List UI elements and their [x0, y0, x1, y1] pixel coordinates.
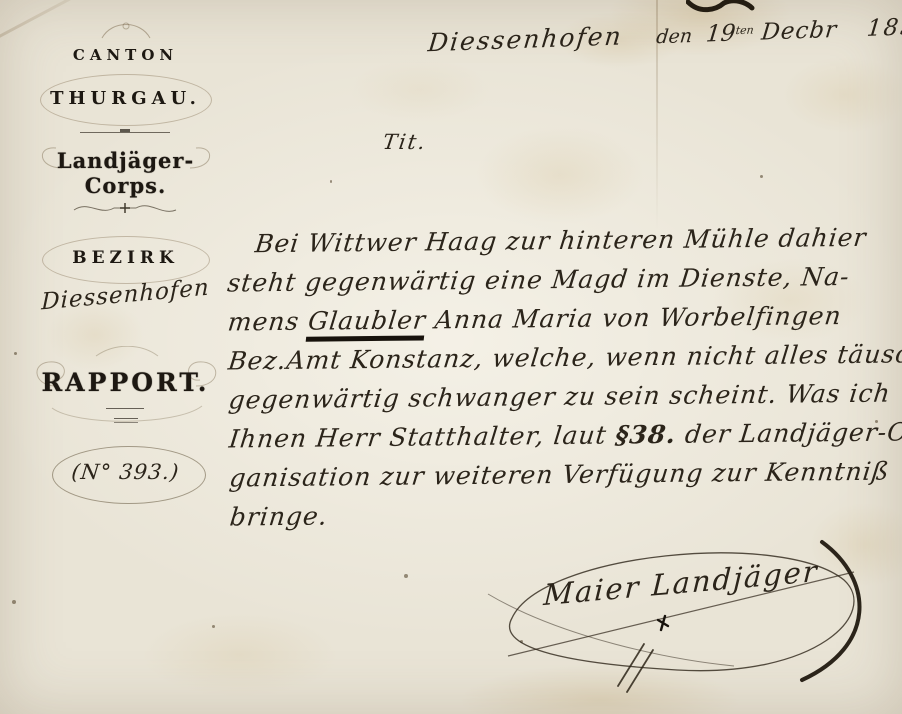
rapport-underline-1 — [106, 408, 144, 409]
scroll-ornament-icon — [96, 18, 156, 42]
report-number: (N° 393.) — [17, 460, 235, 484]
foxing-speck — [404, 574, 408, 578]
foxing-speck — [760, 175, 763, 178]
statute-reference: §38. — [614, 420, 678, 450]
rapport-underline-2 — [114, 418, 138, 419]
dateline-month: Decbr — [760, 17, 838, 46]
thurgau-label: THURGAU. — [18, 88, 233, 109]
dateline-article: den — [655, 25, 693, 48]
divider-dot — [120, 129, 130, 132]
body-line-6-post: der Landjäger-Or- — [675, 417, 902, 449]
body-line-3-pre: mens — [226, 307, 310, 337]
salutation: Tit. — [381, 130, 428, 154]
body-line-6-pre: Ihnen Herr Statthalter, laut — [228, 420, 618, 453]
bezirk-label: BEZIRK — [18, 248, 233, 268]
rapport-underline-3 — [114, 422, 138, 423]
cut-off-ink-stroke — [686, 0, 756, 18]
dateline-place: Diessenhofen — [427, 21, 625, 57]
report-body: Bei Wittwer Haag zur hinteren Mühle dahi… — [226, 222, 901, 541]
canton-label: CANTON — [18, 46, 233, 64]
dateline-day-suffix: ten — [735, 23, 754, 37]
foxing-speck — [212, 625, 215, 628]
divider-rule — [80, 132, 170, 133]
dateline-day: 19 — [705, 20, 737, 47]
foxing-speck — [330, 180, 332, 183]
foxing-speck — [12, 600, 16, 604]
body-line-3-post: Anna Maria von Worbelfingen — [424, 301, 843, 334]
swirl-divider-icon — [70, 198, 180, 220]
signature-flourish-icon — [472, 528, 892, 708]
foxing-speck — [14, 352, 17, 355]
dateline-year: 1856 — [866, 13, 902, 41]
dateline: Diessenhofenden19tenDecbr1856 — [427, 12, 900, 58]
underlined-name: Glaubler — [306, 305, 428, 341]
corps-label: Landjäger-Corps. — [18, 148, 233, 198]
document-page: CANTON THURGAU. Landjäger-Corps. BEZIRK … — [0, 0, 902, 714]
rapport-title: RAPPORT. — [18, 368, 233, 397]
